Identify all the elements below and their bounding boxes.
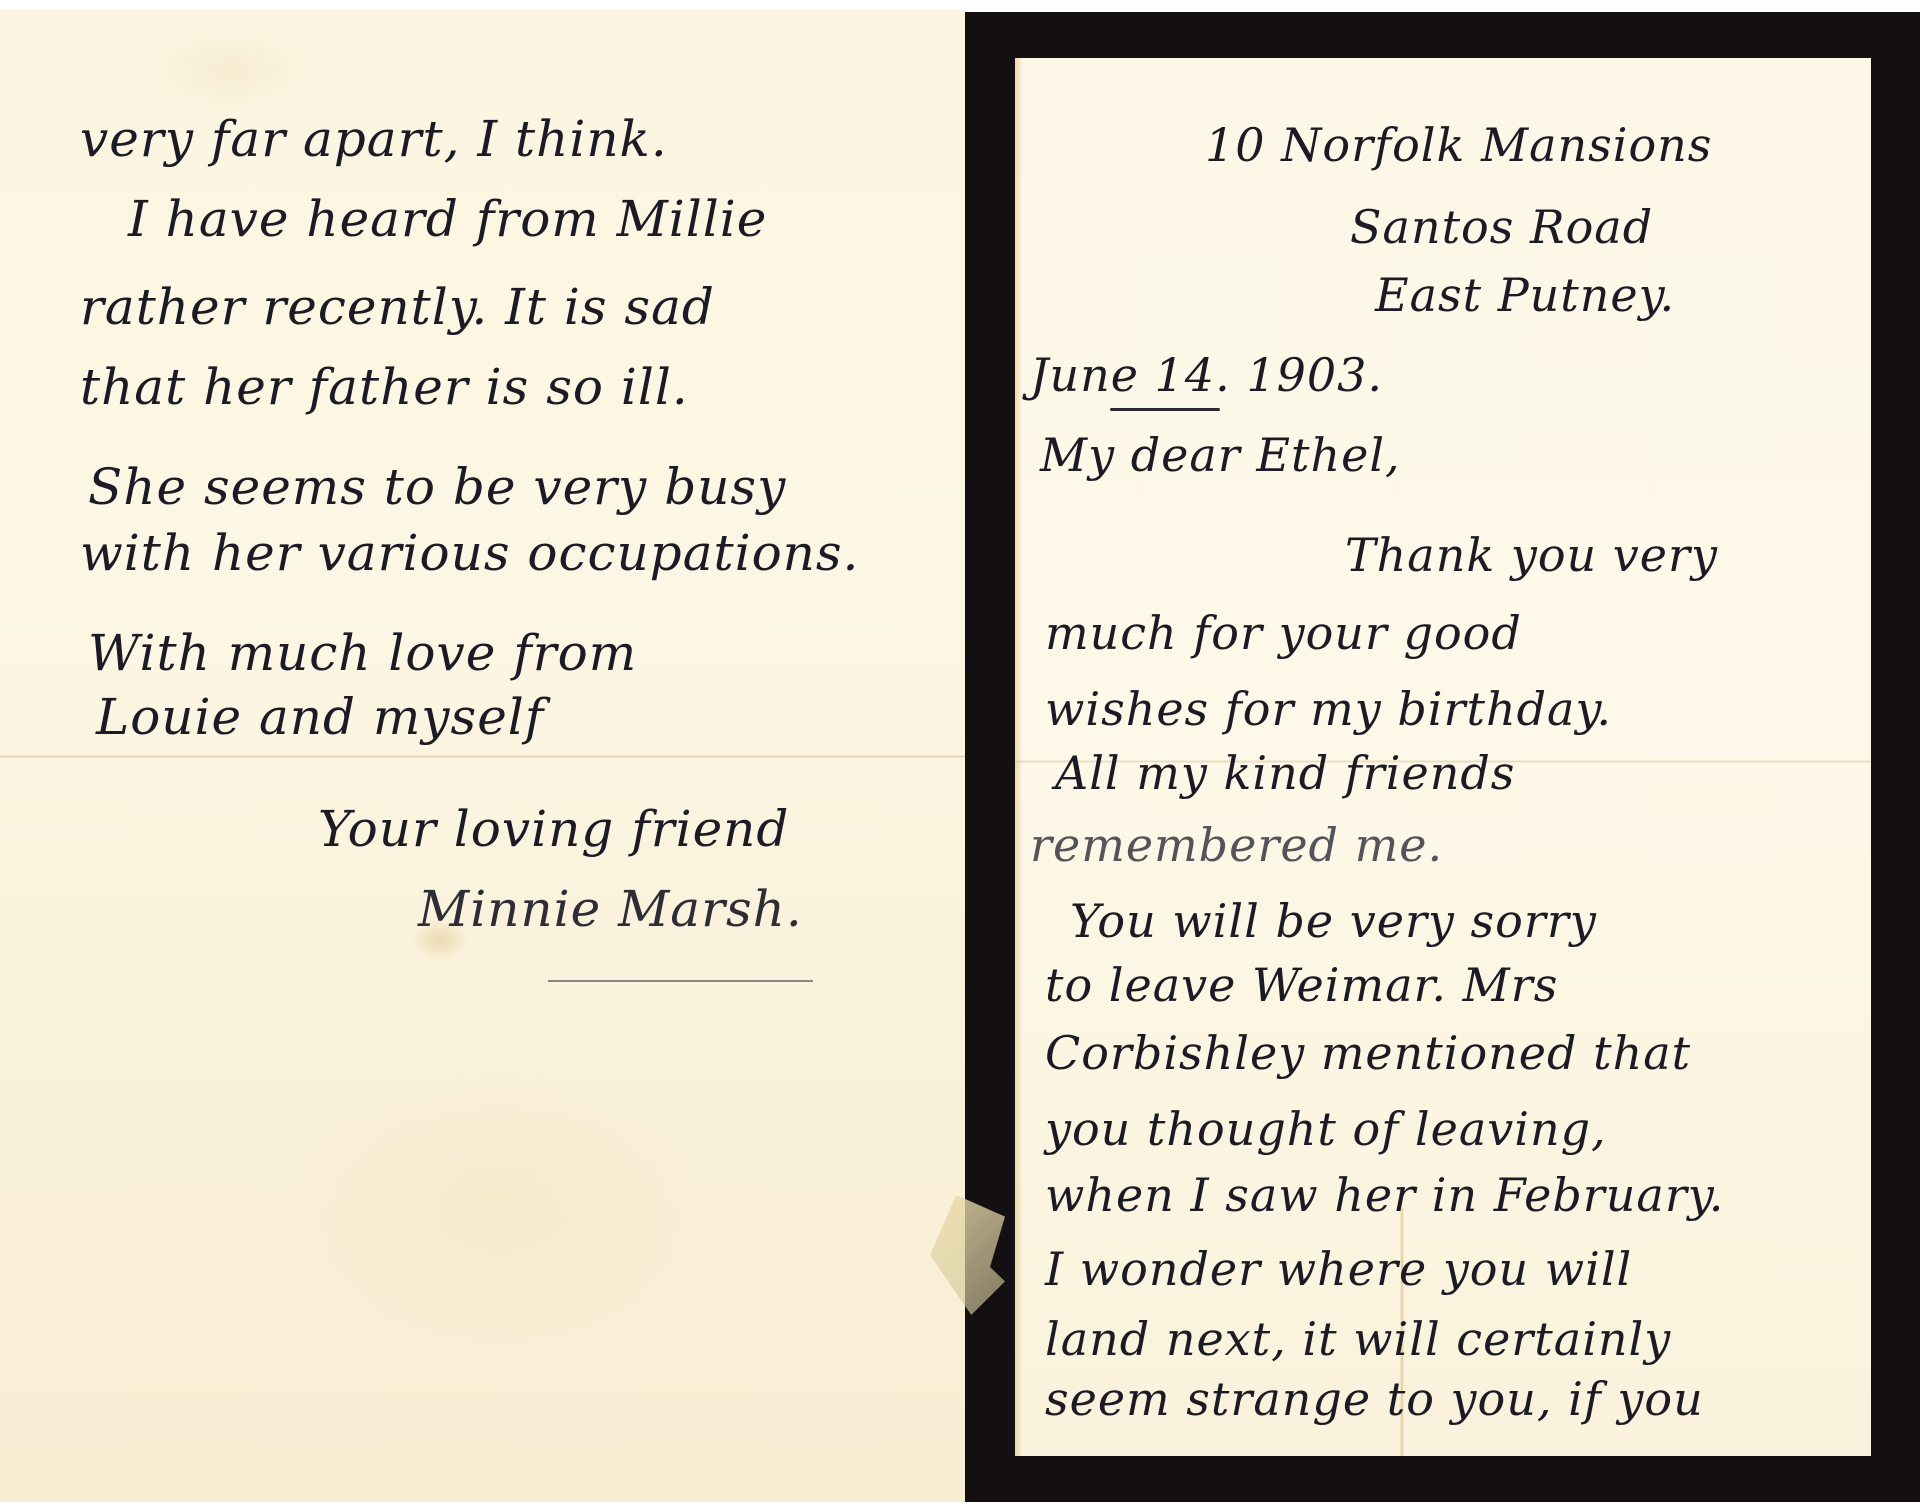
signature-rule (548, 980, 813, 982)
letter-line: Thank you very (1345, 528, 1718, 582)
letter-line: Louie and myself (96, 688, 544, 746)
address-line: Santos Road (1350, 200, 1653, 254)
address-line: 10 Norfolk Mansions (1205, 118, 1712, 172)
letter-line: With much love from (88, 624, 637, 682)
letter-line: when I saw her in February. (1045, 1168, 1724, 1222)
scan-margin (0, 1502, 1920, 1510)
date-underline (1110, 408, 1220, 411)
letter-line: All my kind friends (1055, 746, 1515, 800)
letter-line: to leave Weimar. Mrs (1045, 958, 1558, 1012)
letter-line: She seems to be very busy (88, 458, 786, 516)
closing-line: Your loving friend (318, 800, 789, 858)
letter-line: seem strange to you, if you (1045, 1372, 1704, 1426)
letter-scan: very far apart, I think. I have heard fr… (0, 0, 1920, 1510)
letter-line: I have heard from Millie (128, 190, 767, 248)
letter-line: land next, it will certainly (1045, 1312, 1671, 1366)
letter-line: remembered me. (1030, 818, 1443, 872)
salutation: My dear Ethel, (1040, 428, 1401, 482)
address-line: East Putney. (1375, 268, 1675, 322)
fold-crease (0, 755, 968, 758)
letter-date: June 14. 1903. (1030, 348, 1383, 402)
right-page-border: 10 Norfolk Mansions Santos Road East Put… (965, 12, 1920, 1504)
letter-line: that her father is so ill. (80, 358, 689, 416)
letter-line: You will be very sorry (1070, 894, 1597, 948)
letter-line: you thought of leaving, (1045, 1102, 1607, 1156)
letter-line: I wonder where you will (1045, 1242, 1632, 1296)
letter-line: very far apart, I think. (80, 110, 668, 168)
letter-line: Corbishley mentioned that (1045, 1026, 1691, 1080)
letter-line: rather recently. It is sad (80, 278, 715, 336)
letter-line: much for your good (1045, 606, 1522, 660)
signature: Minnie Marsh. (418, 880, 803, 938)
right-page: 10 Norfolk Mansions Santos Road East Put… (1015, 58, 1871, 1456)
letter-line: with her various occupations. (80, 524, 859, 582)
letter-line: wishes for my birthday. (1045, 682, 1612, 736)
left-page: very far apart, I think. I have heard fr… (0, 10, 968, 1502)
